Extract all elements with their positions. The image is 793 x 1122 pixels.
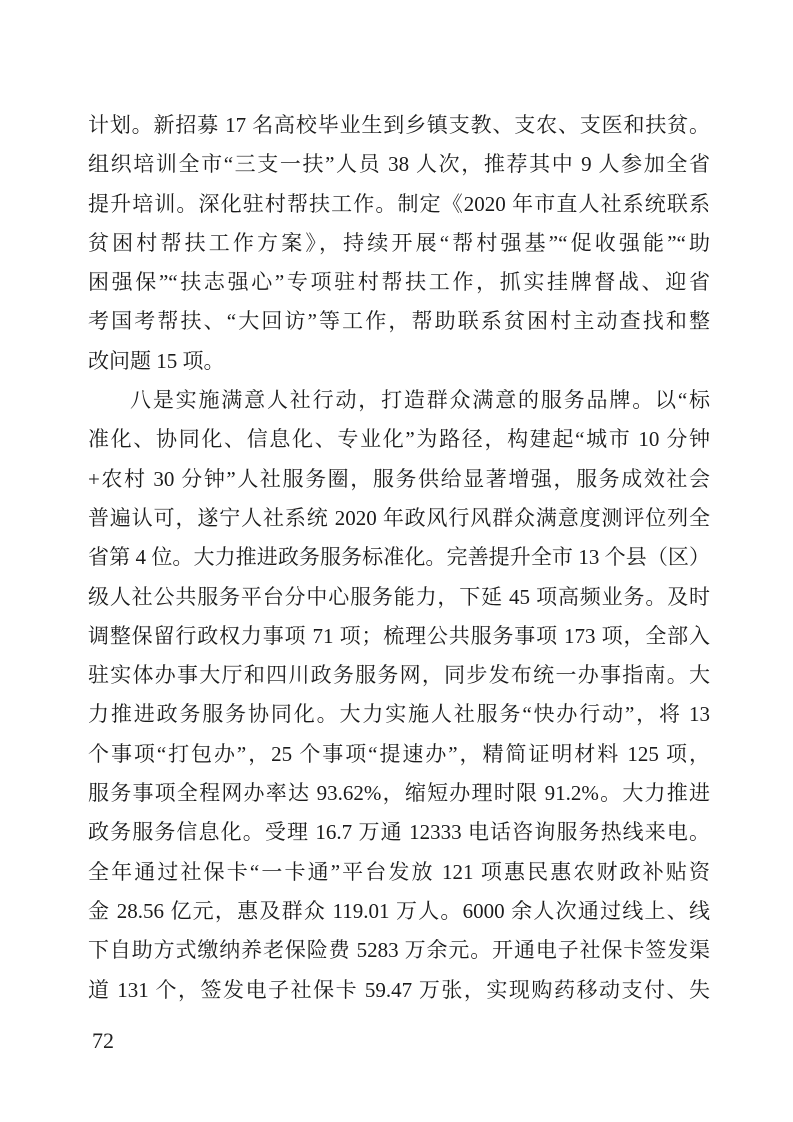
text-line: 提升培训。深化驻村帮扶工作。制定《2020 年市直人社系统联系	[88, 185, 710, 224]
text-line: 个事项“打包办”，25 个事项“提速办”，精简证明材料 125 项，	[88, 735, 710, 774]
text-line: 省第 4 位。大力推进政务服务标准化。完善提升全市 13 个县（区）	[88, 538, 710, 577]
text-line: 贫困村帮扶工作方案》，持续开展“帮村强基”“促收强能”“助	[88, 224, 710, 263]
text-line: +农村 30 分钟”人社服务圈，服务供给显著增强，服务成效社会	[88, 460, 710, 499]
text-line: 级人社公共服务平台分中心服务能力，下延 45 项高频业务。及时	[88, 578, 710, 617]
text-line: 考国考帮扶、“大回访”等工作，帮助联系贫困村主动查找和整	[88, 302, 710, 341]
text-line: 金 28.56 亿元，惠及群众 119.01 万人。6000 余人次通过线上、线	[88, 892, 710, 931]
document-body: 计划。新招募 17 名高校毕业生到乡镇支教、支农、支医和扶贫。组织培训全市“三支…	[88, 106, 710, 1010]
text-line: 准化、协同化、信息化、专业化”为路径，构建起“城市 10 分钟	[88, 420, 710, 459]
text-line: 政务服务信息化。受理 16.7 万通 12333 电话咨询服务热线来电。	[88, 813, 710, 852]
text-line: 调整保留行政权力事项 71 项；梳理公共服务事项 173 项，全部入	[88, 617, 710, 656]
text-line: 八是实施满意人社行动，打造群众满意的服务品牌。以“标	[88, 381, 710, 420]
document-page: 计划。新招募 17 名高校毕业生到乡镇支教、支农、支医和扶贫。组织培训全市“三支…	[0, 0, 793, 1122]
text-line: 普遍认可，遂宁人社系统 2020 年政风行风群众满意度测评位列全	[88, 499, 710, 538]
text-line: 服务事项全程网办率达 93.62%，缩短办理时限 91.2%。大力推进	[88, 774, 710, 813]
text-line: 全年通过社保卡“一卡通”平台发放 121 项惠民惠农财政补贴资	[88, 853, 710, 892]
text-line: 力推进政务服务协同化。大力实施人社服务“快办行动”，将 13	[88, 695, 710, 734]
text-line: 驻实体办事大厅和四川政务服务网，同步发布统一办事指南。大	[88, 656, 710, 695]
text-line: 计划。新招募 17 名高校毕业生到乡镇支教、支农、支医和扶贫。	[88, 106, 710, 145]
page-number: 72	[92, 1026, 114, 1056]
text-line: 组织培训全市“三支一扶”人员 38 人次，推荐其中 9 人参加全省	[88, 145, 710, 184]
text-line: 下自助方式缴纳养老保险费 5283 万余元。开通电子社保卡签发渠	[88, 931, 710, 970]
text-line: 改问题 15 项。	[88, 342, 710, 381]
text-line: 困强保”“扶志强心”专项驻村帮扶工作，抓实挂牌督战、迎省	[88, 263, 710, 302]
text-line: 道 131 个，签发电子社保卡 59.47 万张，实现购药移动支付、失	[88, 971, 710, 1010]
